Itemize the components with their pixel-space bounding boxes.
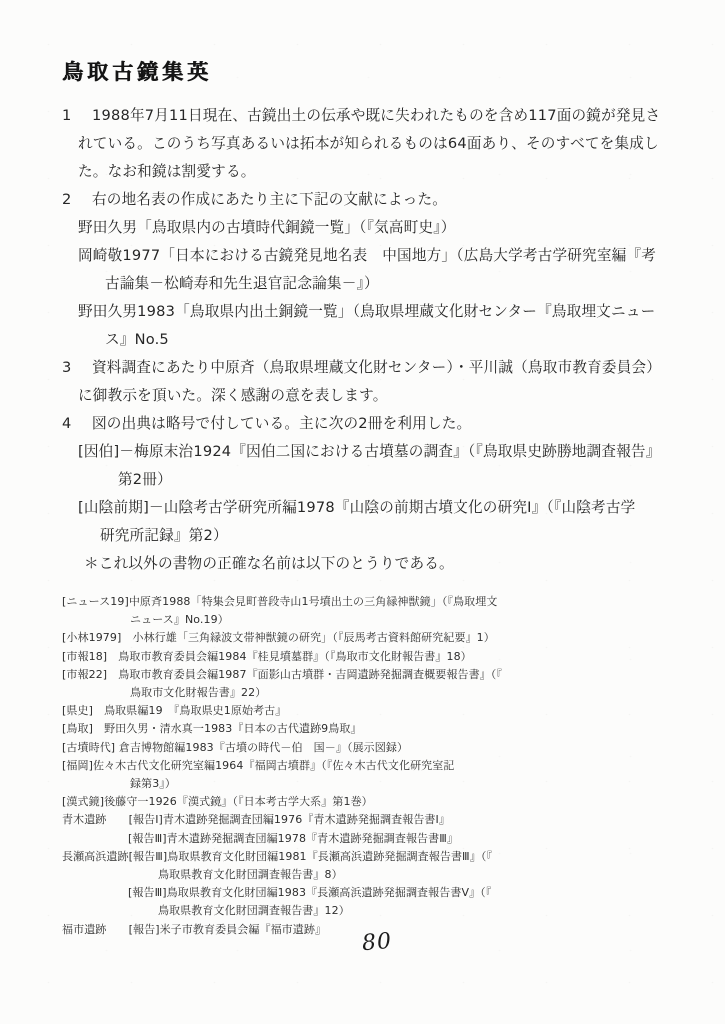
document-page: 鳥取古鏡集英 1 1988年7月11日現在、古鏡出土の伝承や既に失われたものを含…: [0, 0, 725, 1024]
text-line: 右の地名表の作成にあたり主に下記の文献によった。: [92, 186, 447, 214]
biblio-line: [鳥取] 野田久男・清水真一1983『日本の古代遺跡9鳥取』: [62, 720, 682, 738]
reference-line: [因伯]－梅原末治1924『因伯二国における古墳墓の調査』（『鳥取県史跡勝地調査…: [78, 438, 682, 466]
item-number: 1: [62, 102, 92, 130]
biblio-line: 長瀬高浜遺跡[報告Ⅲ]鳥取県教育文化財団編1981『長瀬高浜遺跡発掘調査報告書Ⅲ…: [62, 848, 682, 866]
biblio-line: 青木遺跡 [報告Ⅰ]青木遺跡発掘調査団編1976『青木遺跡発掘調査報告書Ⅰ』: [62, 811, 682, 829]
biblio-line: [福岡]佐々木古代文化研究室編1964『福岡古墳群』（『佐々木古代文化研究室記: [62, 757, 682, 775]
biblio-continuation: [報告Ⅲ]青木遺跡発掘調査団編1978『青木遺跡発掘調査報告書Ⅲ』: [128, 830, 682, 848]
reference-continuation: 第2冊）: [118, 466, 682, 494]
biblio-continuation: ニュース』No.19）: [130, 611, 682, 629]
document-title: 鳥取古鏡集英: [62, 56, 682, 86]
biblio-continuation: 録第3』）: [130, 775, 682, 793]
text-line: た。なお和鏡は割愛する。: [78, 158, 682, 186]
text-line: れている。このうち写真あるいは拓本が知られるものは64面あり、そのすべてを集成し: [78, 130, 682, 158]
bibliography-block: [ニュース19]中原斉1988「特集会見町普段寺山1号墳出土の三角縁神獣鏡」（『…: [62, 593, 682, 939]
biblio-line: [市報22] 鳥取市教育委員会編1987『面影山古墳群・吉岡遺跡発掘調査概要報告…: [62, 666, 682, 684]
biblio-continuation: 鳥取市文化財報告書』22）: [130, 684, 682, 702]
text-line: 資料調査にあたり中原斉（鳥取県埋蔵文化財センター）・平川誠（鳥取市教育委員会）: [92, 354, 661, 382]
item-number: 4: [62, 410, 92, 438]
reference-line: 野田久男「鳥取県内の古墳時代銅鏡一覧」（『気高町史』）: [78, 214, 682, 242]
main-text-block: 1 1988年7月11日現在、古鏡出土の伝承や既に失われたものを含め117面の鏡…: [62, 102, 682, 578]
numbered-item-4: 4 図の出典は略号で付している。主に次の2冊を利用した。: [62, 410, 682, 438]
biblio-line: [古墳時代] 倉吉博物館編1983『古墳の時代－伯 国－』（展示図録）: [62, 739, 682, 757]
text-line: に御教示を頂いた。深く感謝の意を表します。: [78, 382, 682, 410]
biblio-continuation: 鳥取県教育文化財団調査報告書』8）: [158, 866, 682, 884]
reference-line: 野田久男1983「鳥取県内出土銅鏡一覧」（鳥取県埋蔵文化財センター『鳥取埋文ニュ…: [78, 298, 682, 326]
page-number-handwritten: 80: [361, 929, 393, 957]
numbered-item-3: 3 資料調査にあたり中原斉（鳥取県埋蔵文化財センター）・平川誠（鳥取市教育委員会…: [62, 354, 682, 382]
item-number: 2: [62, 186, 92, 214]
item-number: 3: [62, 354, 92, 382]
numbered-item-1: 1 1988年7月11日現在、古鏡出土の伝承や既に失われたものを含め117面の鏡…: [62, 102, 682, 130]
numbered-item-2: 2 右の地名表の作成にあたり主に下記の文献によった。: [62, 186, 682, 214]
reference-line: 岡崎敬1977「日本における古鏡発見地名表 中国地方」（広島大学考古学研究室編『…: [78, 242, 682, 270]
biblio-line: [漢式鏡]後藤守一1926『漢式鏡』（『日本考古学大系』第1巻）: [62, 793, 682, 811]
text-line: 図の出典は略号で付している。主に次の2冊を利用した。: [92, 410, 471, 438]
reference-continuation: 古論集－松崎寿和先生退官記念論集－』）: [105, 270, 682, 298]
biblio-line: [小林1979] 小林行雄「三角縁波文帯神獣鏡の研究」（『辰馬考古資料館研究紀要…: [62, 629, 682, 647]
footnote-line: ＊これ以外の書物の正確な名前は以下のとうりである。: [84, 550, 682, 578]
page-content: 鳥取古鏡集英 1 1988年7月11日現在、古鏡出土の伝承や既に失われたものを含…: [62, 56, 682, 939]
biblio-continuation: 鳥取県教育文化財団調査報告書』12）: [158, 902, 682, 920]
reference-continuation: 研究所記録』第2）: [100, 522, 682, 550]
reference-continuation: ス』No.5: [105, 326, 682, 354]
reference-line: [山陰前期]－山陰考古学研究所編1978『山陰の前期古墳文化の研究Ⅰ』（『山陰考…: [78, 494, 682, 522]
biblio-line: [市報18] 鳥取市教育委員会編1984『桂見墳墓群』（『鳥取市文化財報告書』1…: [62, 648, 682, 666]
biblio-line: [県史] 鳥取県編19 『鳥取県史1原始考古』: [62, 702, 682, 720]
biblio-line: [報告Ⅲ]鳥取県教育文化財団編1983『長瀬高浜遺跡発掘調査報告書Ⅴ』（『: [128, 884, 682, 902]
text-line: 1988年7月11日現在、古鏡出土の伝承や既に失われたものを含め117面の鏡が発…: [92, 102, 660, 130]
biblio-line: [ニュース19]中原斉1988「特集会見町普段寺山1号墳出土の三角縁神獣鏡」（『…: [62, 593, 682, 611]
